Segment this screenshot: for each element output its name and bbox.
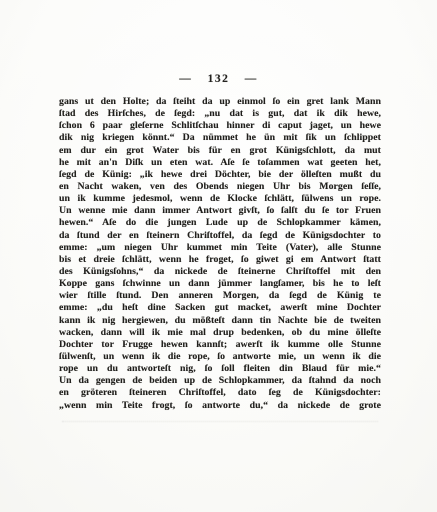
text-line: he mit an'n Diſk un eten wat. Aſe ſe toſ…: [59, 157, 381, 169]
text-line: Koppe gans ſchwinne un dann jümmer langſ…: [59, 278, 381, 290]
text-line: en Nacht waken, ven des Obends niegen Uh…: [59, 181, 381, 193]
text-line: emme: „du heſt dine Sacken gut macket, a…: [59, 302, 381, 314]
text-line: rope un du antworteſt nig, ſo ſoll fleit…: [59, 363, 381, 375]
text-line: Un da gengen de beiden up de Schlopkamme…: [59, 375, 381, 387]
text-line: em dur ein grot Water bis für en grot Kü…: [59, 145, 381, 157]
text-line: emme: „um niegen Uhr kummet min Teite (V…: [59, 242, 381, 254]
text-line: gans ut den Holte; da ſteiht da up einmo…: [59, 96, 381, 108]
text-line: Un wenne mie dann immer Antwort givſt, ſ…: [59, 205, 381, 217]
text-line: dik nig kriegen könnt.“ Da nümmet he ün …: [59, 132, 381, 144]
text-line: un ik kumme jedesmol, wenn de Klocke ſch…: [59, 193, 381, 205]
text-line: wacken, dann will ik mie mal drup bedenk…: [59, 327, 381, 339]
text-line: ſülwenſt, un wenn ik die rope, ſo antwor…: [59, 351, 381, 363]
text-line: ſchon 6 paar gleſerne Schlitſchau hinner…: [59, 120, 381, 132]
text-line: „wenn min Teite frogt, ſo antworte du,“ …: [59, 400, 381, 412]
text-line: Dochter tor Frugge hewen kannſt; awerſt …: [59, 339, 381, 351]
page-number: — 132 —: [0, 73, 437, 85]
text-line: ſegd de Künig: „ik hewe drei Döchter, bi…: [59, 169, 381, 181]
text-line: bis et dreie ſchlätt, wenn he froget, ſo…: [59, 254, 381, 266]
scan-artifact: [62, 421, 378, 425]
text-line: ſtad des Hirſches, de ſegd: „nu dat is g…: [59, 108, 381, 120]
scanned-book-page: — 132 — gans ut den Holte; da ſteiht da …: [0, 0, 437, 512]
text-line: hewen.“ Aſe do die jungen Lude up de Sch…: [59, 217, 381, 229]
text-line: da ſtund der en ſteinern Chriſtoffel, da…: [59, 230, 381, 242]
body-text-block: gans ut den Holte; da ſteiht da up einmo…: [59, 96, 381, 412]
text-line: wier ſtille ſtund. Den anneren Morgen, d…: [59, 290, 381, 302]
text-line: des Künigsſohns,“ da nickede de ſteinern…: [59, 266, 381, 278]
text-line: en gröteren ſteineren Chriſtoffel, dato …: [59, 387, 381, 399]
text-line: kann ik nig hergiewen, du mößteſt dann t…: [59, 315, 381, 327]
